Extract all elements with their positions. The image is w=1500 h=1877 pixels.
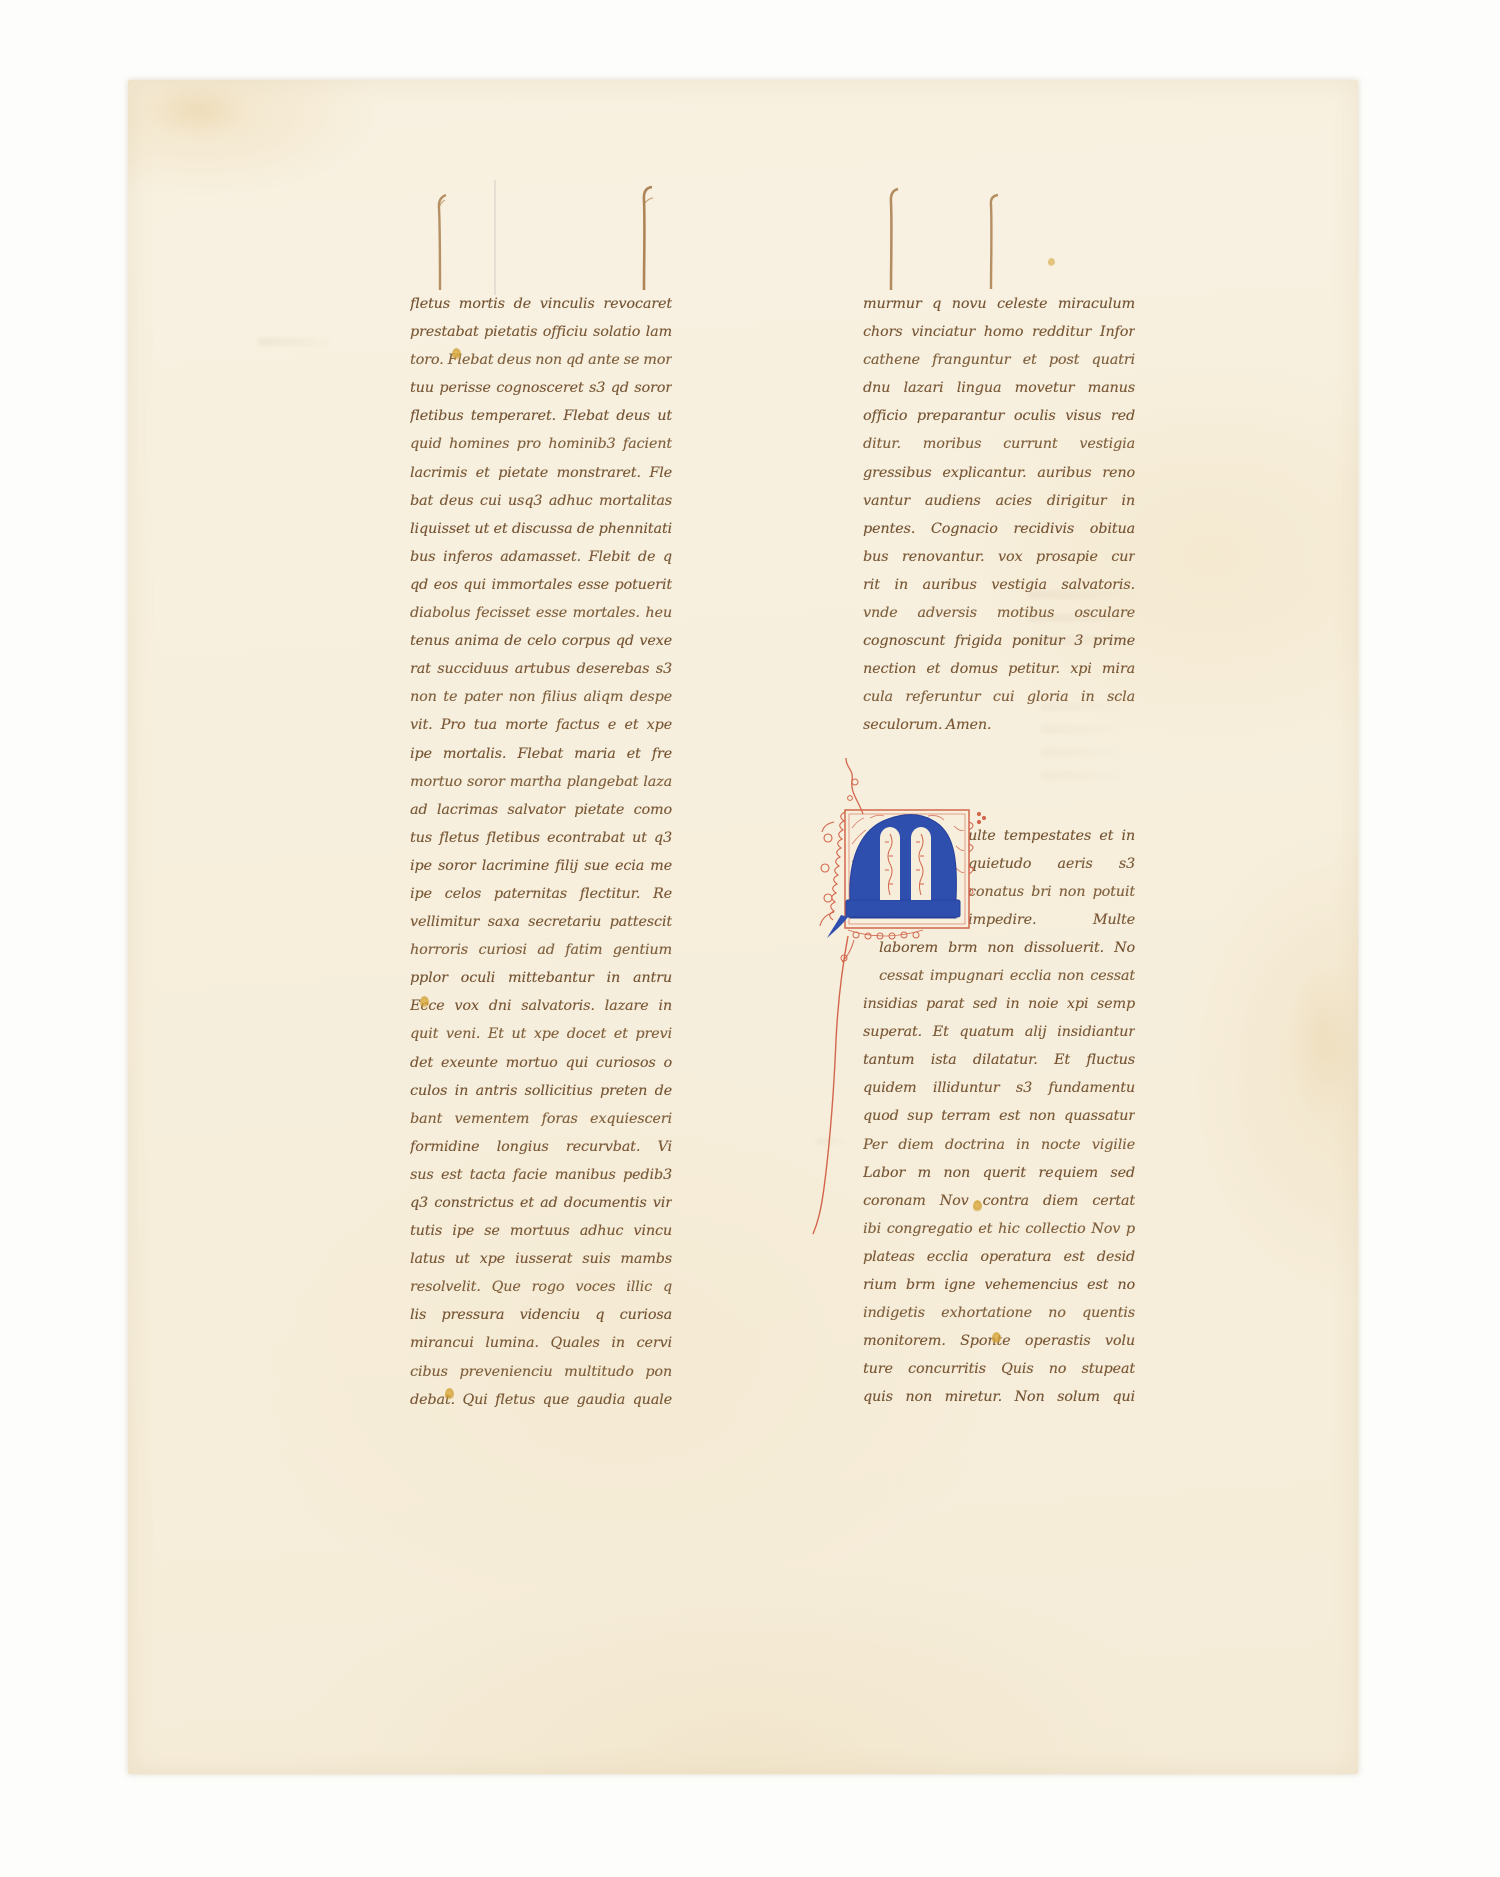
manuscript-text-line: chors vinciatur homo redditur Infor	[863, 318, 1135, 346]
initial-tail-space	[863, 907, 879, 964]
manuscript-text-line: latus ut xpe iusserat suis mambs	[410, 1245, 672, 1273]
photo-backdrop: fletus mortis de vinculis revocaretprest…	[0, 0, 1500, 1877]
manuscript-text-line: cathene franguntur et post quatri	[863, 346, 1135, 374]
manuscript-text-line: q3 constrictus et ad documentis vir	[410, 1189, 672, 1217]
manuscript-text-line: ture concurritis Quis no stupeat	[863, 1355, 1135, 1383]
text-column-left: fletus mortis de vinculis revocaretprest…	[410, 290, 672, 1414]
manuscript-text-line: seculorum. Amen.	[863, 711, 1135, 739]
manuscript-text-line: prestabat pietatis officiu solatio lam	[410, 318, 672, 346]
manuscript-text-line: coronam Nov contra diem certat	[863, 1187, 1135, 1215]
manuscript-text-line: quidem illiduntur s3 fundamentu	[863, 1074, 1135, 1102]
manuscript-text-line: tuu perisse cognosceret s3 qd soror	[410, 374, 672, 402]
manuscript-text-line: rium brm igne vehemencius est no	[863, 1271, 1135, 1299]
manuscript-text-line: lacrimis et pietate monstraret. Fle	[410, 459, 672, 487]
manuscript-text-line: non te pater non filius aliqm despe	[410, 683, 672, 711]
parchment-stain	[1288, 960, 1358, 1120]
manuscript-text-line: dnu lazari lingua movetur manus	[863, 374, 1135, 402]
manuscript-text-line: quis non miretur. Non solum qui	[863, 1383, 1135, 1411]
manuscript-text-line: quietudo aeris s3 desideria	[968, 850, 1135, 878]
manuscript-text-line: horroris curiosi ad fatim gentium	[410, 936, 672, 964]
manuscript-text-line: debat. Qui fletus que gaudia quale	[410, 1386, 672, 1414]
manuscript-text-line: conatus bri non potuit	[968, 878, 1135, 906]
manuscript-text-line: insidias parat sed in noie xpi semp	[863, 990, 1135, 1018]
manuscript-text-line: bant vementem foras exquiesceri	[410, 1105, 672, 1133]
manuscript-text-line: gressibus explicantur. auribus reno	[863, 459, 1135, 487]
cadel-ascender-icon	[636, 184, 656, 292]
cadel-ascender-icon	[433, 192, 451, 292]
manuscript-text-line: vantur audiens acies dirigitur in	[863, 487, 1135, 515]
manuscript-text-line: ulte tempestates et in	[968, 822, 1135, 850]
manuscript-text-line: vellimitur saxa secretariu pattescit	[410, 908, 672, 936]
manuscript-text-line: plateas ecclia operatura est desid	[863, 1243, 1135, 1271]
manuscript-text-line: lis pressura videnciu q curiosa	[410, 1301, 672, 1329]
manuscript-text-line: cognoscunt frigida ponitur 3 prime	[863, 627, 1135, 655]
manuscript-text-line: det exeunte mortuo qui curiosos o	[410, 1049, 672, 1077]
manuscript-text-line: liquisset ut et discussa de phennitati	[410, 515, 672, 543]
manuscript-text-line: pplor oculi mittebantur in antru	[410, 964, 672, 992]
manuscript-text-line: bat deus cui usq3 adhuc mortalitas de	[410, 487, 672, 515]
manuscript-text-line: monitorem. Sponte operastis volu	[863, 1327, 1135, 1355]
show-through-marks	[258, 338, 332, 360]
manuscript-text-line: tantum ista dilatatur. Et fluctus	[863, 1046, 1135, 1074]
manuscript-text-line: qd eos qui immortales esse potuerit	[410, 571, 672, 599]
parchment-stain	[142, 82, 252, 138]
manuscript-text-line: tutis ipe se mortuus adhuc vincu	[410, 1217, 672, 1245]
paragraph-upper: murmur q novu celeste miraculumchors vin…	[863, 290, 1135, 740]
manuscript-text-line: nection et domus petitur. xpi mira	[863, 655, 1135, 683]
cadel-ascender-icon	[884, 186, 902, 292]
manuscript-text-line: ibi congregatio et hic collectio Nov p	[863, 1215, 1135, 1243]
manuscript-text-line: rat succiduus artubus deserebas s3	[410, 655, 672, 683]
manuscript-text-line: tenus anima de celo corpus qd vexe	[410, 627, 672, 655]
manuscript-text-line: pentes. Cognacio recidivis obitua	[863, 515, 1135, 543]
manuscript-text-line: resolvelit. Que rogo voces illic q	[410, 1273, 672, 1301]
paragraph-multe-tempestates: M ulte tempestates et inquietudo aeris s…	[863, 822, 1135, 1412]
initial-reserved-space	[863, 822, 968, 907]
manuscript-text-line: bus inferos adamasset. Flebit de q	[410, 543, 672, 571]
manuscript-text-line: cula referuntur cui gloria in scla	[863, 683, 1135, 711]
manuscript-text-line: bus renovantur. vox prosapie cur	[863, 543, 1135, 571]
manuscript-text-line: mirancui lumina. Quales in cervi	[410, 1329, 672, 1357]
manuscript-text-line: ditur. moribus currunt vestigia	[863, 430, 1135, 458]
manuscript-text-line: rit in auribus vestigia salvatoris.	[863, 571, 1135, 599]
manuscript-text-line: quid homines pro hominib3 facient de	[410, 430, 672, 458]
manuscript-text-line: sus est tacta facie manibus pedib3	[410, 1161, 672, 1189]
paragraph-lower-lines: ulte tempestates et inquietudo aeris s3 …	[863, 822, 1135, 1412]
manuscript-leaf: fletus mortis de vinculis revocaretprest…	[128, 80, 1358, 1774]
manuscript-text-line: mortuo soror martha plangebat laza	[410, 768, 672, 796]
manuscript-text-line: vnde adversis motibus osculare	[863, 599, 1135, 627]
gold-touch	[1048, 258, 1055, 267]
manuscript-text-line: officio preparantur oculis visus red	[863, 402, 1135, 430]
manuscript-text-line: formidine longius recurvbat. Vi	[410, 1133, 672, 1161]
text-column-right: murmur q novu celeste miraculumchors vin…	[863, 290, 1135, 1411]
manuscript-text-line: vit. Pro tua morte factus e et xpe	[410, 711, 672, 739]
ruling-line	[494, 180, 496, 295]
manuscript-text-line: fletus mortis de vinculis revocaret	[410, 290, 672, 318]
manuscript-text-line: ipe celos paternitas flectitur. Re	[410, 880, 672, 908]
cadel-ascender-icon	[984, 191, 1002, 291]
manuscript-text-line: cessat impugnari ecclia non cessat	[879, 962, 1135, 990]
manuscript-text-line: ipe mortalis. Flebat maria et fre	[410, 740, 672, 768]
manuscript-text-line: toro. Flebat deus non qd ante se mor	[410, 346, 672, 374]
manuscript-text-line: culos in antris sollicitius preten de	[410, 1077, 672, 1105]
manuscript-text-line: quod sup terram est non quassatur	[863, 1102, 1135, 1130]
manuscript-text-line: ad lacrimas salvator pietate como	[410, 796, 672, 824]
show-through-marks	[816, 1138, 848, 1159]
manuscript-text-line: Ecce vox dni salvatoris. lazare in	[410, 992, 672, 1020]
manuscript-text-line: Per diem doctrina in nocte vigilie	[863, 1131, 1135, 1159]
manuscript-text-line: indigetis exhortatione no quentis	[863, 1299, 1135, 1327]
manuscript-text-line: murmur q novu celeste miraculum	[863, 290, 1135, 318]
manuscript-text-line: impedire. Multe temptationes. sed	[968, 906, 1135, 934]
manuscript-text-line: quit veni. Et ut xpe docet et previ	[410, 1020, 672, 1048]
manuscript-text-line: tus fletus fletibus econtrabat ut q3	[410, 824, 672, 852]
manuscript-text-line: superat. Et quatum alij insidiantur	[863, 1018, 1135, 1046]
manuscript-text-line: laborem brm non dissoluerit. No	[879, 934, 1135, 962]
manuscript-text-line: ipe soror lacrimine filij sue ecia me	[410, 852, 672, 880]
manuscript-text-line: cibus prevenienciu multitudo pon	[410, 1358, 672, 1386]
manuscript-text-line: diabolus fecisset esse mortales. heu	[410, 599, 672, 627]
manuscript-text-line: Labor m non querit requiem sed	[863, 1159, 1135, 1187]
manuscript-text-line: fletibus temperaret. Flebat deus ut	[410, 402, 672, 430]
